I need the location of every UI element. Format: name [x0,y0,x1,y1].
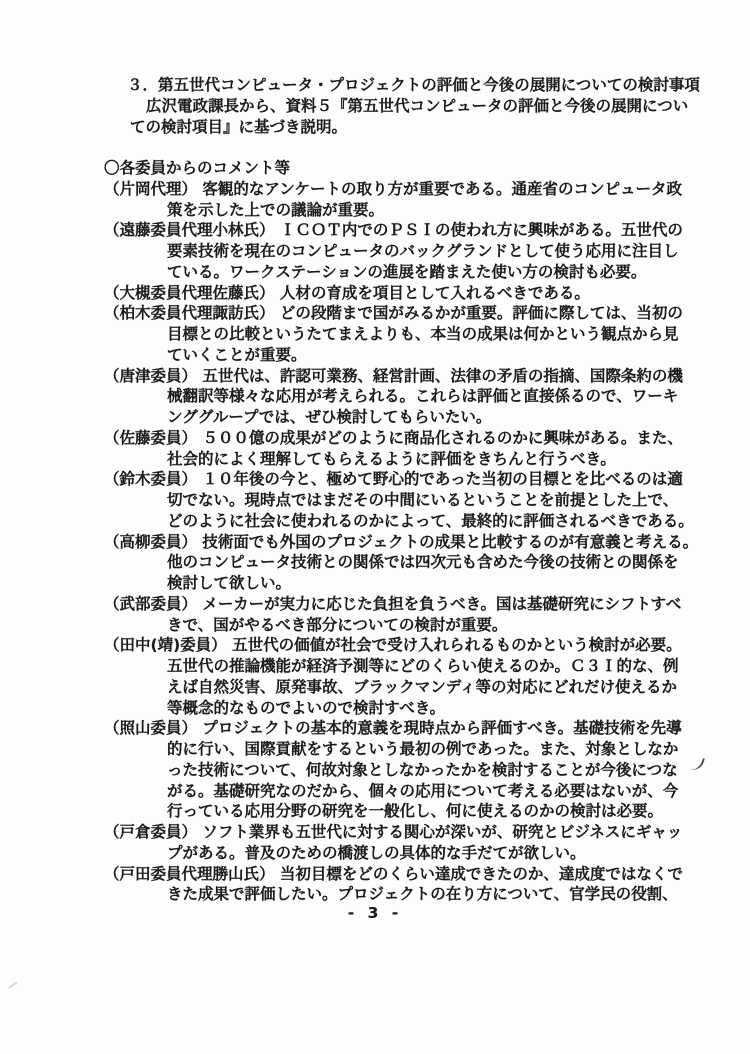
committee-comment: （田中(靖)委員） 五世代の価値が社会で受け入れられるものかという検討が必要。五… [104,635,724,718]
comment-line: 的に行い、国際貢献をするという最初の例であった。また、対象としなか [167,739,724,760]
committee-comment: （柏木委員代理諏訪氏） どの段階まで国がみるかが重要。評価に際しては、当初の目標… [104,303,724,365]
section-heading-line: ての検討項目』に基づき説明。 [130,117,724,138]
comment-line: えば自然災害、原発事故、ブラックマンディ等の対応にどれだけ使えるか [167,677,724,698]
comment-line: （遠藤委員代理小林氏） ＩＣＯＴ内でのＰＳＩの使われ方に興味がある。五世代の [104,220,724,241]
comment-line: 他のコンピュータ技術との関係では四次元も含めた今後の技術との関係を [167,552,724,573]
comment-line: きた成果で評価したい。プロジェクトの在り方について、官学民の役割、 [167,884,724,905]
comment-line: った技術について、何故対象としなかったかを検討することが今後につな [167,760,724,781]
comment-line: 社会的によく理解してもらえるように評価をきちんと行うべき。 [167,449,724,470]
comment-line: （鈴木委員） １０年後の今と、極めて野心的であった当初の目標とを比べるのは適 [104,469,724,490]
comment-line: 五世代の推論機能が経済予測等にどのくらい使えるのか。Ｃ３Ｉ的な、例 [167,656,724,677]
section-heading-line: ３．第五世代コンピュータ・プロジェクトの評価と今後の展開についての検討事項 [127,75,724,96]
comment-line: （高柳委員） 技術面でも外国のプロジェクトの成果と比較するのが有意義と考える。 [104,532,724,553]
document-content: ３．第五世代コンピュータ・プロジェクトの評価と今後の展開についての検討事項広沢電… [104,75,724,905]
comment-line: ンググループでは、ぜひ検討してもらいたい。 [167,407,724,428]
committee-comment: （戸倉委員） ソフト業界も五世代に対する関心が深いが、研究とビジネスにギャップが… [104,822,724,864]
page-number: - 3 - [0,903,750,924]
committee-comment: （遠藤委員代理小林氏） ＩＣＯＴ内でのＰＳＩの使われ方に興味がある。五世代の要素… [104,220,724,282]
comment-line: きで、国がやるべき部分についての検討が重要。 [167,615,724,636]
blank-line [104,137,724,158]
comments-heading: 〇各委員からのコメント等 [104,158,724,179]
comment-line: 策を示した上での議論が重要。 [167,200,724,221]
comment-line: （戸倉委員） ソフト業界も五世代に対する関心が深いが、研究とビジネスにギャッ [104,822,724,843]
committee-comment: （佐藤委員） ５００億の成果がどのように商品化されるのかに興味がある。また、社会… [104,428,724,470]
comment-line: がる。基礎研究なのだから、個々の応用について考える必要はないが、今 [167,781,724,802]
comment-line: 行っている応用分野の研究を一般化し、何に使えるのかの検討は必要。 [167,801,724,822]
committee-comment: （照山委員） プロジェクトの基本的意義を現時点から評価すべき。基礎技術を先導的に… [104,718,724,822]
comment-line: 検討して欲しい。 [167,573,724,594]
scan-noise-mark [8,981,17,988]
comment-line: 械翻訳等様々な応用が考えられる。これらは評価と直接係るので、ワーキ [167,386,724,407]
committee-comment: （唐津委員） 五世代は、許認可業務、経営計画、法律の矛盾の指摘、国際条約の機械翻… [104,366,724,428]
committee-comment: （片岡代理） 客観的なアンケートの取り方が重要である。通産省のコンピュータ政策を… [104,179,724,221]
comment-line: （片岡代理） 客観的なアンケートの取り方が重要である。通産省のコンピュータ政 [104,179,724,200]
comment-line: ている。ワークステーションの進展を踏まえた使い方の検討も必要。 [167,262,724,283]
comment-line: どのように社会に使われるのかによって、最終的に評価されるべきである。 [167,511,724,532]
section-heading-line: 広沢電政課長から、資料５『第五世代コンピュータの評価と今後の展開につい [146,96,724,117]
comment-line: 等概念的なものでよいので検討すべき。 [167,698,724,719]
comment-line: （大槻委員代理佐藤氏） 人材の育成を項目として入れるべきである。 [104,283,724,304]
committee-comment: （武部委員） メーカーが実力に応じた負担を負うべき。国は基礎研究にシフトすべきで… [104,594,724,636]
comment-line: （柏木委員代理諏訪氏） どの段階まで国がみるかが重要。評価に際しては、当初の [104,303,724,324]
comment-line: （戸田委員代理勝山氏） 当初目標をどのくらい達成できたのか、達成度ではなくで [104,864,724,885]
comment-line: 要素技術を現在のコンピュータのバックグランドとして使う応用に注目し [167,241,724,262]
comment-line: （田中(靖)委員） 五世代の価値が社会で受け入れられるものかという検討が必要。 [104,635,724,656]
committee-comment: （鈴木委員） １０年後の今と、極めて野心的であった当初の目標とを比べるのは適切で… [104,469,724,531]
committee-comment: （高柳委員） 技術面でも外国のプロジェクトの成果と比較するのが有意義と考える。他… [104,532,724,594]
comment-line: （武部委員） メーカーが実力に応じた負担を負うべき。国は基礎研究にシフトすべ [104,594,724,615]
comment-line: （唐津委員） 五世代は、許認可業務、経営計画、法律の矛盾の指摘、国際条約の機 [104,366,724,387]
comment-line: 切でない。現時点ではまだその中間にいるということを前提とした上で、 [167,490,724,511]
comment-line: プがある。普及のための橋渡しの具体的な手だてが欲しい。 [167,843,724,864]
comment-line: ていくことが重要。 [167,345,724,366]
comment-line: （佐藤委員） ５００億の成果がどのように商品化されるのかに興味がある。また、 [104,428,724,449]
comment-line: （照山委員） プロジェクトの基本的意義を現時点から評価すべき。基礎技術を先導 [104,718,724,739]
committee-comment: （戸田委員代理勝山氏） 当初目標をどのくらい達成できたのか、達成度ではなくできた… [104,864,724,906]
scanned-document-page: ３．第五世代コンピュータ・プロジェクトの評価と今後の展開についての検討事項広沢電… [0,0,750,1054]
comment-line: 目標との比較というたてまえよりも、本当の成果は何かという観点から見 [167,324,724,345]
committee-comment: （大槻委員代理佐藤氏） 人材の育成を項目として入れるべきである。 [104,283,724,304]
